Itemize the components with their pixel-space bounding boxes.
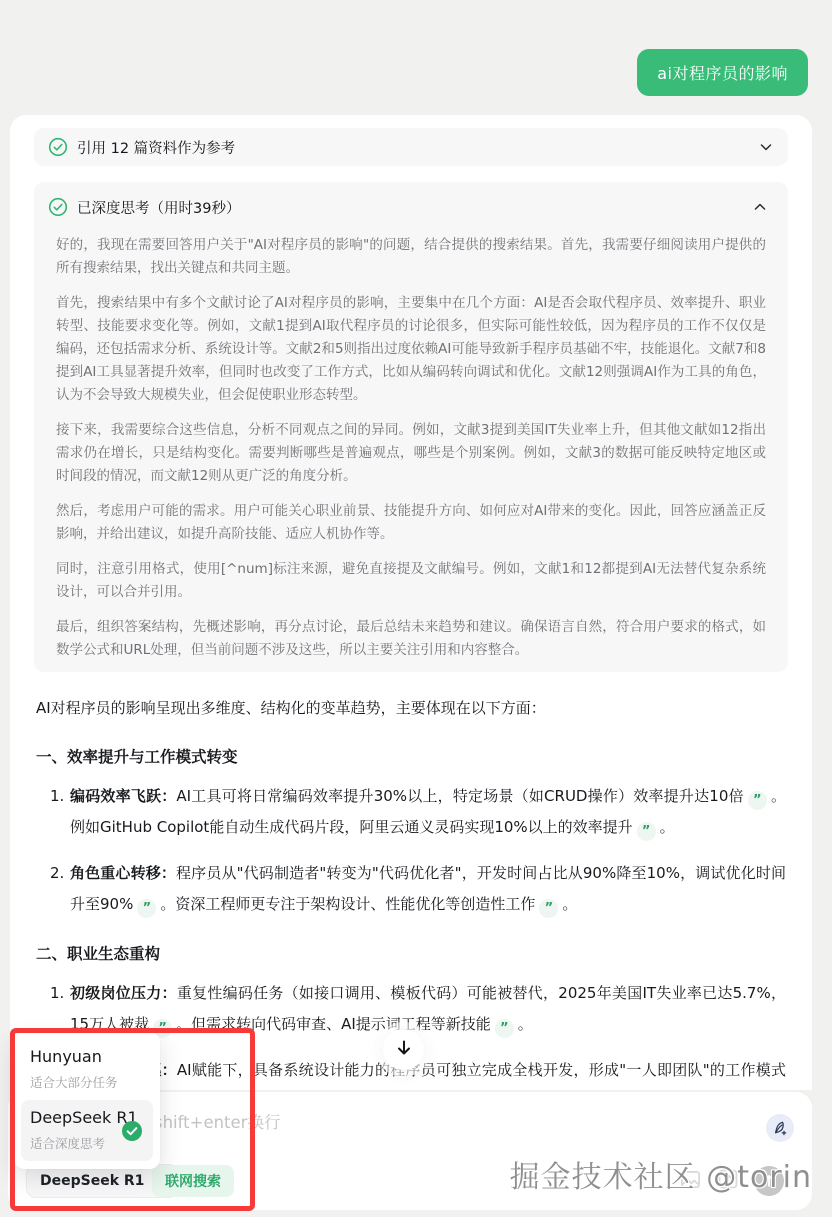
thinking-paragraph: 然后，考虑用户可能的需求。用户可能关心职业前景、技能提升方向、如何应对AI带来的… xyxy=(56,500,766,546)
upload-icon[interactable] xyxy=(716,1167,740,1195)
web-search-button[interactable]: 联网搜索 xyxy=(152,1165,234,1197)
citation-badge[interactable]: ” xyxy=(495,1019,514,1038)
references-bar[interactable]: 引用 12 篇资料作为参考 xyxy=(34,128,788,166)
web-search-label: 联网搜索 xyxy=(165,1171,221,1191)
answer-list-item: 1.编码效率飞跃：AI工具可将日常编码效率提升30%以上，特定场景（如CRUD操… xyxy=(36,781,786,843)
deep-thinking-header[interactable]: 已深度思考（用时39秒） xyxy=(48,194,768,220)
citation-badge[interactable]: ” xyxy=(137,899,156,918)
citation-badge[interactable]: ” xyxy=(637,822,656,841)
user-message-bubble: ai对程序员的影响 xyxy=(637,49,808,96)
list-item-number: 1. xyxy=(50,781,64,812)
answer-section-heading: 一、效率提升与工作模式转变 xyxy=(36,745,786,767)
thinking-paragraph: 同时，注意引用格式，使用[^num]标注来源，避免直接提及文献编号。例如，文献1… xyxy=(56,558,766,604)
scroll-to-bottom-button[interactable] xyxy=(383,1029,424,1070)
chevron-up-icon[interactable] xyxy=(752,199,768,215)
list-item-text: 。但需求转向代码审查、AI提示词工程等新技能 xyxy=(176,1015,491,1033)
model-option-deepseek-r1[interactable]: DeepSeek R1适合深度思考 xyxy=(21,1100,153,1161)
list-item-lead: 编码效率飞跃： xyxy=(70,787,176,805)
user-message-text: ai对程序员的影响 xyxy=(657,61,788,84)
deep-thinking-label: 已深度思考（用时39秒） xyxy=(77,197,240,218)
list-item-lead: 初级岗位压力： xyxy=(70,984,177,1002)
answer-list-item: 2.角色重心转移：程序员从"代码制造者"转变为"代码优化者"，开发时间占比从90… xyxy=(36,858,786,920)
list-item-text: 。资深工程师更专注于架构设计、性能优化等创造性工作 xyxy=(160,895,535,913)
quill-icon[interactable] xyxy=(766,1114,794,1142)
composer-actions xyxy=(679,1166,784,1196)
answer-section-list: 1.编码效率飞跃：AI工具可将日常编码效率提升30%以上，特定场景（如CRUD操… xyxy=(36,781,786,920)
list-item-text: AI赋能下，具备系统设计能力的程序员可独立完成全栈开发，形成"一人即团队"的工作… xyxy=(177,1061,786,1079)
check-circle-icon xyxy=(48,197,68,217)
check-circle-icon xyxy=(48,137,68,157)
selected-check-icon xyxy=(121,1120,143,1146)
thinking-paragraphs: 好的，我现在需要回答用户关于"AI对程序员的影响"的问题，结合提供的搜索结果。首… xyxy=(48,220,768,662)
list-item-number: 1. xyxy=(50,978,64,1009)
thinking-paragraph: 最后，组织答案结构，先概述影响，再分点讨论，最后总结未来趋势和建议。确保语言自然… xyxy=(56,616,766,662)
answer-intro: AI对程序员的影响呈现出多维度、结构化的变革趋势，主要体现在以下方面： xyxy=(36,693,786,723)
thinking-paragraph: 好的，我现在需要回答用户关于"AI对程序员的影响"的问题，结合提供的搜索结果。首… xyxy=(56,234,766,280)
list-item-number: 2. xyxy=(50,858,64,889)
answer-section-heading: 二、职业生态重构 xyxy=(36,942,786,964)
model-option-name: Hunyuan xyxy=(30,1047,144,1066)
list-item-lead: 角色重心转移： xyxy=(70,864,176,882)
composer-input[interactable]: shift+enter换行 xyxy=(154,1109,280,1133)
down-arrow-icon xyxy=(394,1038,414,1062)
references-label: 引用 12 篇资料作为参考 xyxy=(77,137,235,158)
model-selector-popup: Hunyuan适合大部分任务DeepSeek R1适合深度思考 xyxy=(14,1032,160,1169)
citation-badge[interactable]: ” xyxy=(539,899,558,918)
chevron-down-icon[interactable] xyxy=(758,139,774,155)
model-selector-label: DeepSeek R1 xyxy=(40,1173,144,1189)
image-icon[interactable] xyxy=(679,1168,702,1195)
model-option-hunyuan[interactable]: Hunyuan适合大部分任务 xyxy=(21,1039,153,1100)
deep-thinking-panel: 已深度思考（用时39秒） 好的，我现在需要回答用户关于"AI对程序员的影响"的问… xyxy=(34,182,788,672)
list-item-text: 。 xyxy=(660,818,675,836)
thinking-paragraph: 接下来，我需要综合这些信息，分析不同观点之间的异同。例如，文献3提到美国IT失业… xyxy=(56,419,766,488)
list-item-text: 。 xyxy=(562,895,577,913)
list-item-text: AI工具可将日常编码效率提升30%以上，特定场景（如CRUD操作）效率提升达10… xyxy=(176,787,743,805)
list-item-text: 。 xyxy=(518,1015,533,1033)
thinking-paragraph: 首先，搜索结果中有多个文献讨论了AI对程序员的影响，主要集中在几个方面：AI是否… xyxy=(56,292,766,407)
send-icon[interactable] xyxy=(754,1166,784,1196)
assistant-response-card: 引用 12 篇资料作为参考 已深度思考（用时39秒） 好 xyxy=(10,115,812,1090)
model-option-desc: 适合大部分任务 xyxy=(30,1073,144,1091)
citation-badge[interactable]: ” xyxy=(748,791,767,810)
